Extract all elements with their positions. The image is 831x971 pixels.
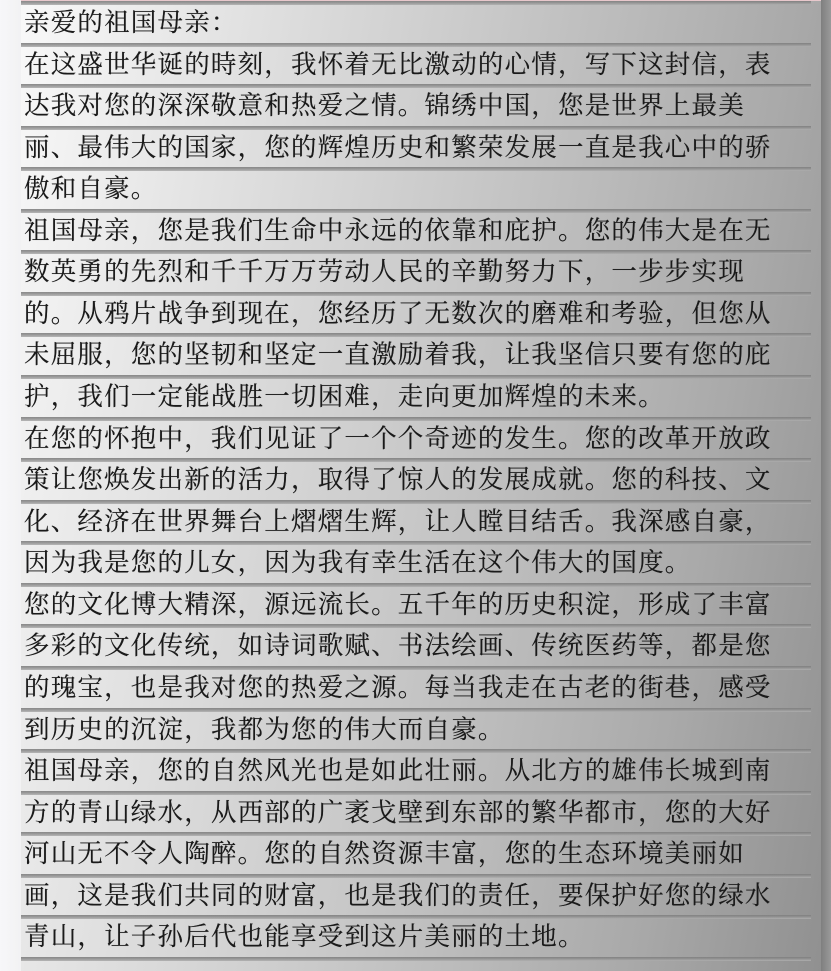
letter-text-line: 丽、最伟大的国家，您的辉煌历史和繁荣发展一直是我心中的骄 — [21, 130, 814, 167]
letter-text-line: 化、经济在世界舞台上熠熠生辉，让人瞠目结舌。我深感自豪， — [21, 504, 814, 541]
ruled-line — [21, 957, 811, 961]
letter-text-line: 的瑰宝，也是我对您的热爱之源。每当我走在古老的街巷，感受 — [21, 670, 814, 707]
letter-text-line: 达我对您的深深敬意和热爱之情。锦绣中国，您是世界上最美 — [21, 88, 814, 125]
letter-text-line: 河山无不令人陶醉。您的自然资源丰富，您的生态环境美丽如 — [21, 836, 814, 873]
letter-text-line: 青山，让子孙后代也能享受到这片美丽的土地。 — [21, 919, 814, 956]
letter-text-line: 画，这是我们共同的财富，也是我们的责任，要保护好您的绿水 — [21, 878, 814, 915]
letter-text-line: 多彩的文化传统，如诗词歌赋、书法绘画、传统医药等，都是您 — [21, 628, 814, 665]
letter-text-line: 策让您焕发出新的活力，取得了惊人的发展成就。您的科技、文 — [21, 462, 814, 499]
left-margin — [0, 0, 21, 971]
letter-text-line: 未屈服，您的坚韧和坚定一直激励着我，让我坚信只要有您的庇 — [21, 337, 814, 374]
letter-text-line: 祖国母亲，您是我们生命中永远的依靠和庇护。您的伟大是在无 — [21, 213, 814, 250]
letter-text-line: 在这盛世华诞的時刻，我怀着无比激动的心情，写下这封信，表 — [21, 47, 814, 84]
letter-text-line: 方的青山绿水，从西部的广袤戈壁到东部的繁华都市，您的大好 — [21, 795, 814, 832]
salutation-line: 亲爱的祖国母亲： — [21, 5, 814, 42]
letter-text-line: 因为我是您的儿女，因为我有幸生活在这个伟大的国度。 — [21, 545, 814, 582]
letter-text-line: 傲和自豪。 — [21, 171, 814, 208]
letter-text-line: 数英勇的先烈和千千万万劳动人民的辛勤努力下，一步步实现 — [21, 254, 814, 291]
letter-text-line: 护，我们一定能战胜一切困难，走向更加辉煌的未来。 — [21, 379, 814, 416]
letter-text-line: 到历史的沉淀，我都为您的伟大而自豪。 — [21, 712, 814, 749]
letter-text-line: 祖国母亲，您的自然风光也是如此壮丽。从北方的雄伟长城到南 — [21, 753, 814, 790]
letter-text-line: 的。从鸦片战争到现在，您经历了无数次的磨难和考验，但您从 — [21, 296, 814, 333]
right-border — [821, 0, 831, 971]
letter-text-line: 在您的怀抱中，我们见证了一个个奇迹的发生。您的改革开放政 — [21, 421, 814, 458]
letter-text-line: 您的文化博大精深，源远流长。五千年的历史积淀，形成了丰富 — [21, 587, 814, 624]
